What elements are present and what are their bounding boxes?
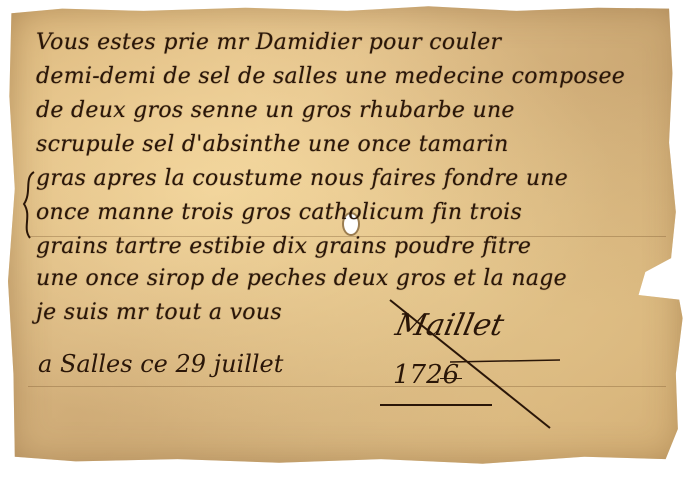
place-date: a Salles ce 29 juillet	[38, 350, 283, 378]
text-line-4: scrupule sel d'absinthe une once tamarin	[36, 132, 509, 157]
text-line-2: demi-demi de sel de salles une medecine …	[36, 64, 625, 89]
text-line-6: once manne trois gros catholicum fin tro…	[36, 200, 522, 225]
cross-mark-icon	[350, 280, 590, 430]
text-line-5: gras apres la coustume nous faires fondr…	[36, 166, 568, 191]
text-line-9: je suis mr tout a vous	[36, 300, 282, 325]
brace-mark-icon	[18, 170, 38, 240]
text-line-1: Vous estes prie mr Damidier pour couler	[36, 30, 501, 55]
text-line-7: grains tartre estibie dix grains poudre …	[36, 234, 531, 259]
text-line-3: de deux gros senne un gros rhubarbe une	[36, 98, 515, 123]
